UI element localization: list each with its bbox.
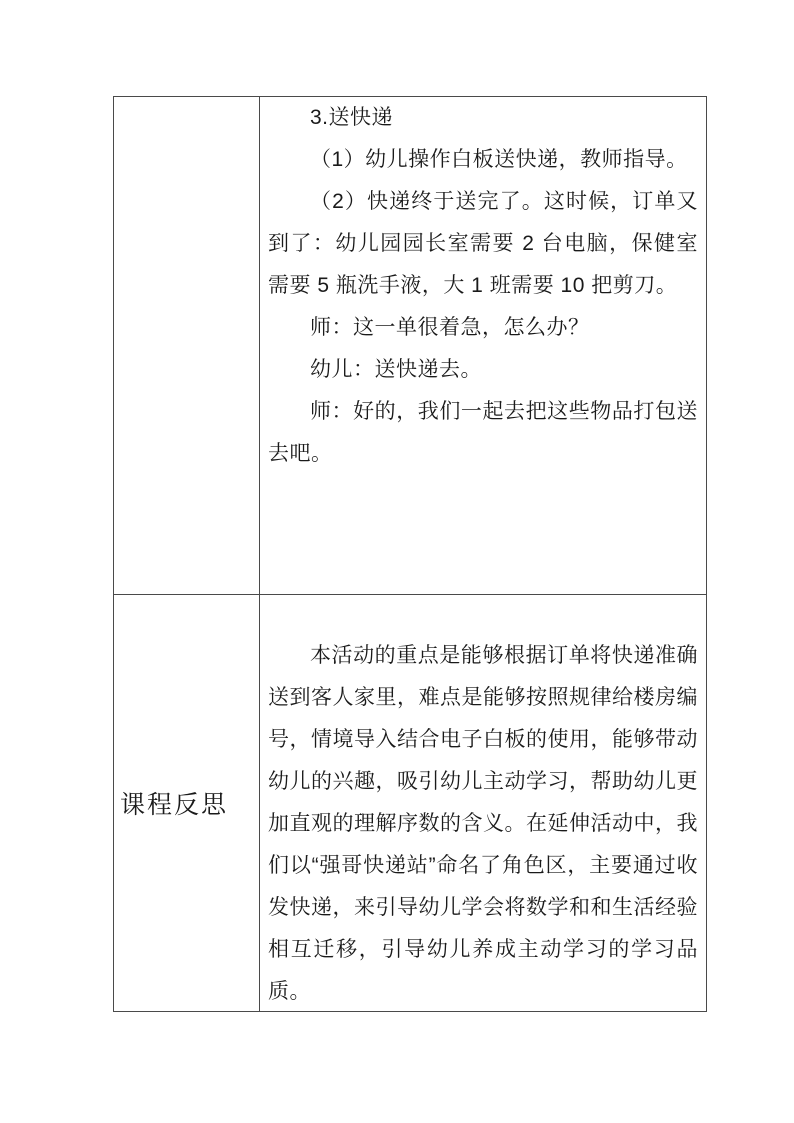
activity-paragraph: （2）快递终于送完了。这时候，订单又到了：幼儿园园长室需要 2 台电脑，保健室需… (268, 181, 698, 307)
activity-paragraph: 幼儿：送快递去。 (268, 349, 698, 391)
activity-paragraph: 3.送快递 (268, 97, 698, 139)
reflection-label-cell: 课程反思 (114, 595, 260, 1011)
reflection-paragraph: 本活动的重点是能够根据订单将快递准确送到客人家里，难点是能够按照规律给楼房编号，… (268, 635, 698, 1011)
reflection-label: 课程反思 (120, 785, 228, 821)
document-page: 3.送快递 （1）幼儿操作白板送快递，教师指导。 （2）快递终于送完了。这时候，… (0, 0, 794, 1123)
activity-paragraph: 师：这一单很着急，怎么办？ (268, 307, 698, 349)
activity-paragraph: 师：好的，我们一起去把这些物品打包送去吧。 (268, 391, 698, 475)
activity-label-cell (114, 97, 260, 595)
lesson-plan-table: 3.送快递 （1）幼儿操作白板送快递，教师指导。 （2）快递终于送完了。这时候，… (113, 96, 707, 1012)
activity-content-cell: 3.送快递 （1）幼儿操作白板送快递，教师指导。 （2）快递终于送完了。这时候，… (260, 97, 706, 595)
reflection-content-cell: 本活动的重点是能够根据订单将快递准确送到客人家里，难点是能够按照规律给楼房编号，… (260, 595, 706, 1011)
activity-paragraph: （1）幼儿操作白板送快递，教师指导。 (268, 139, 698, 181)
